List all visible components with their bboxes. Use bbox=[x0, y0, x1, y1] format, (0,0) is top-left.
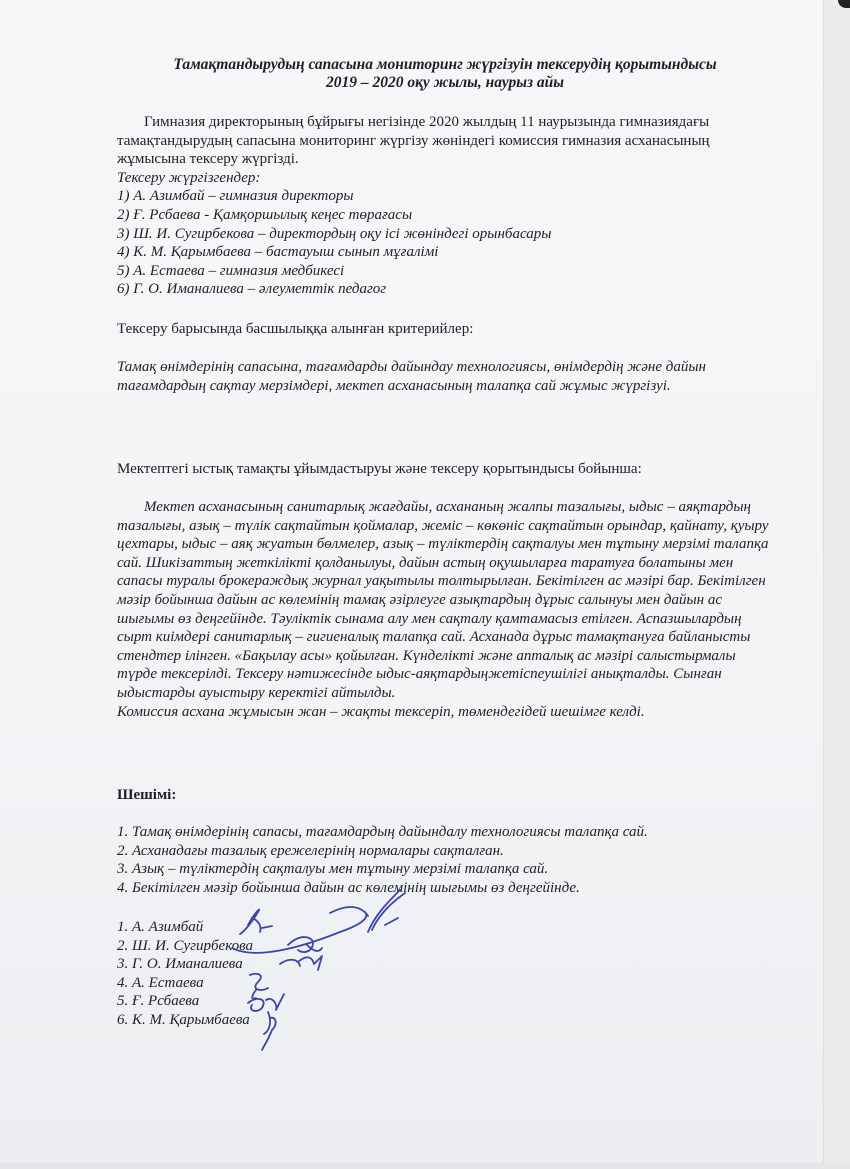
inspector-item: 4) К. М. Қарымбаева – бастауыш сынып мұғ… bbox=[117, 243, 777, 262]
decision-item: 2. Асханадағы тазалық ережелерінің норма… bbox=[117, 842, 777, 861]
decisions-list: 1. Тамақ өнімдерінің сапасы, тағамдардың… bbox=[117, 823, 777, 897]
criteria-heading: Тексеру барысында басшылыққа алынған кри… bbox=[117, 320, 777, 339]
signatory-item: 6. К. М. Қарымбаева bbox=[117, 1011, 777, 1030]
inspectors-heading: Тексеру жүргізгендер: bbox=[117, 169, 777, 188]
decision-item: 3. Азық – түліктердің сақталуы мен тұтын… bbox=[117, 860, 777, 879]
intro-section: Гимназия директорының бұйрығы негізінде … bbox=[117, 113, 777, 299]
decision-heading: Шешімі: bbox=[117, 786, 777, 805]
inspector-item: 3) Ш. И. Сугирбекова – директордың оқу і… bbox=[117, 225, 777, 244]
document-title: Тамақтандырудың сапасына мониторинг жүрг… bbox=[100, 56, 790, 92]
inspector-item: 1) А. Азимбай – гимназия директоры bbox=[117, 187, 777, 206]
signatories-list: 1. А. Азимбай 2. Ш. И. Сугирбекова 3. Г.… bbox=[117, 918, 777, 1030]
scanner-edge-bottom bbox=[0, 1163, 850, 1169]
commission-statement: Комиссия асхана жұмысын жан – жақты текс… bbox=[117, 703, 775, 722]
signatory-item: 2. Ш. И. Сугирбекова bbox=[117, 937, 777, 956]
criteria-heading-block: Тексеру барысында басшылыққа алынған кри… bbox=[117, 320, 777, 339]
criteria-text: Тамақ өнімдерінің сапасына, тағамдарды д… bbox=[117, 358, 727, 395]
inspector-item: 6) Г. О. Иманалиева – әлеуметтік педагог bbox=[117, 280, 777, 299]
results-heading: Мектептегі ыстық тамақты ұйымдастыруы жә… bbox=[117, 460, 777, 479]
results-heading-block: Мектептегі ыстық тамақты ұйымдастыруы жә… bbox=[117, 460, 777, 479]
signatory-item: 3. Г. О. Иманалиева bbox=[117, 955, 777, 974]
signatory-item: 4. А. Естаева bbox=[117, 974, 777, 993]
results-block: Мектеп асханасының санитарлық жағдайы, а… bbox=[117, 498, 775, 721]
inspector-item: 2) Ғ. Рсбаева - Қамқоршылық кеңес төраға… bbox=[117, 206, 777, 225]
decision-item: 4. Бекітілген мәзір бойынша дайын ас көл… bbox=[117, 879, 777, 898]
scanner-edge-right bbox=[823, 0, 850, 1169]
title-line-1: Тамақтандырудың сапасына мониторинг жүрг… bbox=[100, 56, 790, 74]
results-paragraph: Мектеп асханасының санитарлық жағдайы, а… bbox=[117, 498, 775, 703]
intro-paragraph: Гимназия директорының бұйрығы негізінде … bbox=[117, 113, 777, 169]
criteria-block: Тамақ өнімдерінің сапасына, тағамдарды д… bbox=[117, 358, 727, 395]
signatory-item: 5. Ғ. Рсбаева bbox=[117, 992, 777, 1011]
signatory-item: 1. А. Азимбай bbox=[117, 918, 777, 937]
inspector-item: 5) А. Естаева – гимназия медбикесі bbox=[117, 262, 777, 281]
decision-item: 1. Тамақ өнімдерінің сапасы, тағамдардың… bbox=[117, 823, 777, 842]
title-line-2: 2019 – 2020 оқу жылы, наурыз айы bbox=[100, 74, 790, 92]
decision-heading-block: Шешімі: bbox=[117, 786, 777, 805]
